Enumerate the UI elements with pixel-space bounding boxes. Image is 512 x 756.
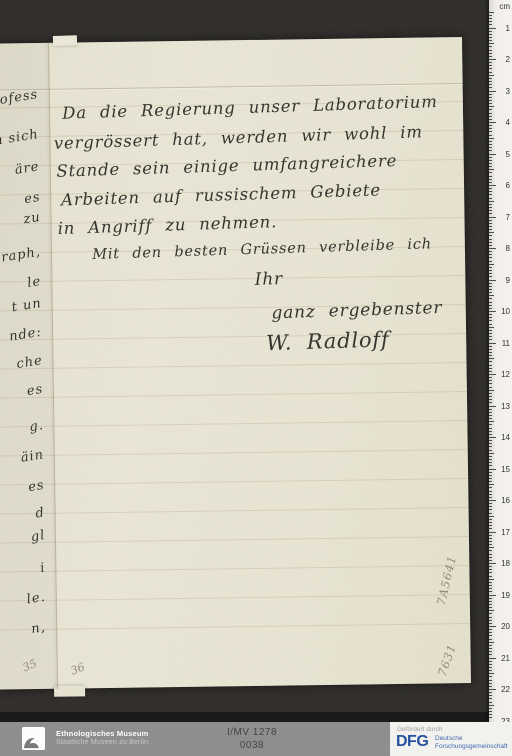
ruler-tick (489, 601, 492, 602)
ruler-tick (489, 409, 492, 410)
scanned-letter-page: Professem sichäreeszugraph,let unnde:che… (0, 37, 471, 690)
ruler-tick (489, 75, 494, 76)
ruler-tick (489, 702, 492, 703)
ruler-number: 2 (506, 55, 510, 64)
ruler-tick (489, 276, 492, 277)
ruler-tick (489, 629, 492, 630)
ruler-tick (489, 563, 496, 564)
ruler-tick (489, 418, 492, 419)
ruler-number: 17 (501, 528, 510, 537)
ruler-tick (489, 541, 492, 542)
ruler-tick (489, 12, 494, 13)
ruler-tick (489, 239, 492, 240)
ruler-tick (489, 242, 492, 243)
ruler-number: 15 (501, 465, 510, 474)
ruler-tick (489, 182, 492, 183)
ruler-tick (489, 87, 492, 88)
ruler-tick (489, 415, 492, 416)
ruler-tick (489, 358, 494, 359)
ruler-tick (489, 519, 492, 520)
ruler-tick (489, 154, 496, 155)
ruler-tick (489, 428, 492, 429)
ruler-tick (489, 506, 492, 507)
ruler-tick (489, 283, 492, 284)
ruler-tick (489, 176, 492, 177)
footer-divider-strip (0, 712, 512, 722)
ruler-tick (489, 569, 492, 570)
ruler-tick (489, 261, 492, 262)
ruler-tick (489, 374, 496, 375)
ruler-tick (489, 576, 492, 577)
museum-name: Ethnologisches Museum (56, 729, 149, 738)
ruler-number: 13 (501, 402, 510, 411)
ruler-tick (489, 339, 492, 340)
ruler-tick (489, 267, 492, 268)
ruler-tick (489, 651, 492, 652)
museum-subtitle: Staatliche Museen zu Berlin (56, 739, 148, 746)
ruler-tick (489, 396, 492, 397)
ruler-tick (489, 632, 492, 633)
ruler-tick (489, 481, 492, 482)
ruler-tick (489, 673, 494, 674)
ruler-tick (489, 194, 492, 195)
ruler-tick (489, 475, 492, 476)
ruler-number: 10 (501, 307, 510, 316)
ruler-tick (489, 538, 492, 539)
ruler-tick (489, 106, 494, 107)
ruler-tick (489, 604, 492, 605)
ruler-tick (489, 91, 496, 92)
ruler-tick (489, 273, 492, 274)
ruler-tick (489, 557, 492, 558)
ruler-tick (489, 141, 492, 142)
ruler-tick (489, 670, 492, 671)
ruler-tick (489, 68, 492, 69)
ruler-tick (489, 248, 496, 249)
ruler-tick (489, 698, 492, 699)
ruler-tick (489, 361, 492, 362)
ruler-tick (489, 131, 492, 132)
ruler-tick (489, 494, 492, 495)
letter-line: ganz ergebenster (271, 298, 442, 323)
ruler-tick (489, 292, 492, 293)
ruler-tick (489, 254, 492, 255)
ruler-tick (489, 213, 492, 214)
ruler-number: 19 (501, 591, 510, 600)
ruler-tick (489, 579, 494, 580)
ruler-tick (489, 135, 492, 136)
ruler-tick (489, 251, 492, 252)
ruler-tick (489, 528, 492, 529)
ruler-tick (489, 31, 492, 32)
ruler-tick (489, 198, 492, 199)
ruler-tick (489, 554, 492, 555)
ruler-tick (489, 18, 492, 19)
ruler-tick (489, 336, 492, 337)
ruler-tick (489, 62, 492, 63)
ruler-tick (489, 81, 492, 82)
ruler-tick (489, 119, 492, 120)
letter-line: W. Radloff (266, 327, 390, 355)
ruler-tick (489, 478, 492, 479)
ruler-tick (489, 683, 492, 684)
ruler-tick (489, 456, 492, 457)
ruler-tick (489, 330, 492, 331)
ruler-tick (489, 232, 494, 233)
ruler-tick (489, 406, 496, 407)
ruler-tick (489, 383, 492, 384)
ruler-tick (489, 147, 492, 148)
ruler-tick (489, 642, 494, 643)
ruler-tick (489, 658, 496, 659)
footer-museum-section: Ethnologisches Museum Staatliche Museen … (0, 722, 390, 756)
ruler-tick (489, 610, 494, 611)
ruler-tick (489, 245, 492, 246)
ruler-number: 3 (506, 87, 510, 96)
ruler-number: 1 (506, 24, 510, 33)
ruler-tick (489, 695, 492, 696)
letter-line: Stande sein einige umfangreichere (56, 151, 397, 181)
dfg-org-name: Deutsche Forschungsgemeinschaft (435, 735, 508, 751)
ruler-number: 11 (502, 339, 510, 348)
ruler-number: 9 (506, 276, 510, 285)
ruler-tick (489, 705, 494, 706)
ruler-tick (489, 160, 492, 161)
ruler-tick (489, 100, 492, 101)
ruler-tick (489, 566, 492, 567)
ruler-tick (489, 465, 492, 466)
ruler-tick (489, 613, 492, 614)
ruler-tick (489, 491, 492, 492)
ruler-tick (489, 390, 494, 391)
ruler-tick (489, 453, 494, 454)
funding-pretext: Gefördert durch (397, 726, 443, 733)
footer-funding-section: Gefördert durch DFG Deutsche Forschungsg… (390, 722, 512, 756)
ruler-number: 21 (501, 654, 510, 663)
ruler-tick (489, 591, 492, 592)
ruler-tick (489, 53, 492, 54)
ruler-tick (489, 371, 492, 372)
ruler-tick (489, 84, 492, 85)
staatliche-museen-logo-icon (22, 727, 45, 750)
ruler-tick (489, 346, 492, 347)
ruler-tick (489, 440, 492, 441)
ruler-tick (489, 37, 492, 38)
ruler-tick (489, 380, 492, 381)
ruler-tick (489, 535, 492, 536)
ruler-tick (489, 220, 492, 221)
ruler-tick (489, 144, 492, 145)
letter-line: Mit den besten Grüssen verbleibe ich (92, 236, 432, 263)
ruler-tick (489, 320, 492, 321)
ruler-tick (489, 560, 492, 561)
letter-line: vergrössert hat, werden wir wohl im (54, 122, 423, 153)
ruler-tick (489, 676, 492, 677)
ruler-number: 12 (501, 370, 510, 379)
ruler-tick (489, 402, 492, 403)
ruler-tick (489, 305, 492, 306)
ruler-tick (489, 446, 492, 447)
ruler-tick (489, 443, 492, 444)
ruler-tick (489, 717, 492, 718)
ruler-tick (489, 59, 496, 60)
ruler-tick (489, 24, 492, 25)
ruler-tick (489, 78, 492, 79)
handwritten-letter-text: Da die Regierung unser Laboratoriumvergr… (0, 35, 473, 691)
ruler-tick (489, 500, 496, 501)
ruler-tick (489, 648, 492, 649)
ruler-tick (489, 393, 492, 394)
ruler-tick (489, 487, 492, 488)
ruler-tick (489, 324, 492, 325)
ruler-number: 20 (501, 622, 510, 631)
ruler-tick (489, 550, 492, 551)
ruler-tick (489, 503, 492, 504)
ruler-tick (489, 654, 492, 655)
ruler-tick (489, 226, 492, 227)
ruler-tick (489, 128, 492, 129)
ruler-number: 18 (501, 559, 510, 568)
ruler-tick (489, 544, 492, 545)
ruler-tick (489, 509, 492, 510)
ruler-tick (489, 692, 492, 693)
ruler-tick (489, 434, 492, 435)
ruler-tick (489, 280, 496, 281)
ruler-tick (489, 349, 492, 350)
ruler-tick (489, 645, 492, 646)
ruler-tick (489, 125, 492, 126)
ruler-tick (489, 472, 492, 473)
ruler-tick (489, 459, 492, 460)
ruler-tick (489, 368, 492, 369)
ruler-tick (489, 46, 492, 47)
ruler-tick (489, 582, 492, 583)
letter-line: Da die Regierung unser Laboratorium (62, 92, 438, 123)
ruler-number: 4 (506, 118, 510, 127)
ruler-tick (489, 387, 492, 388)
ruler-number: 6 (506, 181, 510, 190)
ruler-tick (489, 450, 492, 451)
ruler-tick (489, 532, 496, 533)
ruler-tick (489, 412, 492, 413)
ruler-tick (489, 302, 492, 303)
ruler-tick (489, 166, 492, 167)
ruler-tick (489, 217, 496, 218)
ruler-tick (489, 40, 492, 41)
ruler-tick (489, 352, 492, 353)
ruler-tick (489, 28, 496, 29)
ruler-tick (489, 314, 492, 315)
ruler-tick (489, 639, 492, 640)
ruler-tick (489, 235, 492, 236)
ruler-tick (489, 525, 492, 526)
ruler-tick (489, 365, 492, 366)
ruler-tick (489, 588, 492, 589)
ruler-tick (489, 150, 492, 151)
ruler-tick (489, 317, 492, 318)
archive-reference-signature: I/MV 1278 (227, 726, 277, 739)
ruler-tick (489, 191, 492, 192)
letter-line: Arbeiten auf russischem Gebiete (61, 180, 381, 209)
ruler-tick (489, 43, 494, 44)
ruler-tick (489, 484, 494, 485)
ruler-tick (489, 355, 492, 356)
ruler-tick (489, 207, 492, 208)
ruler-tick (489, 343, 496, 344)
ruler-tick (489, 708, 492, 709)
archive-reference: I/MV 1278 0038 (227, 726, 277, 752)
ruler-tick (489, 623, 492, 624)
ruler-tick (489, 308, 492, 309)
ruler-tick (489, 399, 492, 400)
ruler-tick (489, 289, 492, 290)
ruler-tick (489, 270, 492, 271)
ruler-number: 5 (506, 150, 510, 159)
ruler-tick (489, 172, 492, 173)
ruler-unit-label: cm (499, 2, 510, 11)
ruler-tick (489, 204, 492, 205)
ruler-tick (489, 424, 492, 425)
ruler-tick (489, 522, 492, 523)
ruler-tick (489, 298, 492, 299)
ruler-tick (489, 469, 496, 470)
ruler-tick (489, 21, 492, 22)
ruler-tick (489, 113, 492, 114)
ruler-tick (489, 462, 492, 463)
ruler-tick (489, 50, 492, 51)
ruler-tick (489, 201, 494, 202)
ruler-tick (489, 516, 494, 517)
ruler-number: 7 (506, 213, 510, 222)
ruler-tick (489, 513, 492, 514)
letter-line: in Angriff zu nehmen. (57, 212, 277, 238)
ruler-tick (489, 97, 492, 98)
ruler-tick (489, 56, 492, 57)
letter-line: Ihr (254, 269, 283, 290)
ruler-tick (489, 286, 492, 287)
ruler-tick (489, 122, 496, 123)
ruler-tick (489, 607, 492, 608)
ruler-tick (489, 547, 494, 548)
ruler-tick (489, 437, 496, 438)
ruler-tick (489, 163, 492, 164)
ruler-tick (489, 264, 494, 265)
ruler-tick (489, 664, 492, 665)
ruler-tick (489, 65, 492, 66)
ruler-tick (489, 94, 492, 95)
ruler-tick (489, 257, 492, 258)
ruler-tick (489, 327, 494, 328)
ruler-tick (489, 169, 494, 170)
ruler-tick (489, 72, 492, 73)
ruler-tick (489, 572, 492, 573)
ruler-tick (489, 497, 492, 498)
ruler-tick (489, 109, 492, 110)
ruler-tick (489, 431, 492, 432)
ruler-tick (489, 295, 494, 296)
footer-bar: Ethnologisches Museum Staatliche Museen … (0, 722, 512, 756)
ruler-tick (489, 333, 492, 334)
ruler-tick (489, 188, 492, 189)
ruler-tick (489, 421, 494, 422)
ruler-tick (489, 377, 492, 378)
scan-viewport: Professem sichäreeszugraph,let unnde:che… (0, 0, 512, 756)
ruler-tick (489, 661, 492, 662)
ruler-tick (489, 667, 492, 668)
ruler-tick (489, 229, 492, 230)
ruler-tick (489, 635, 492, 636)
ruler-tick (489, 116, 492, 117)
ruler-number: 8 (506, 244, 510, 253)
ruler-tick (489, 620, 492, 621)
ruler-tick (489, 185, 496, 186)
ruler-tick (489, 138, 494, 139)
ruler-tick (489, 157, 492, 158)
ruler-tick (489, 598, 492, 599)
ruler-tick (489, 714, 492, 715)
archive-reference-sheet: 0038 (227, 739, 277, 752)
ruler-tick (489, 595, 496, 596)
ruler-tick (489, 689, 496, 690)
ruler-tick (489, 103, 492, 104)
cm-ruler: cm 1234567891011121314151617181920212223 (489, 0, 512, 722)
ruler-tick (489, 686, 492, 687)
ruler-tick (489, 680, 492, 681)
dfg-logo: DFG (396, 733, 428, 751)
ruler-number: 22 (501, 685, 510, 694)
ruler-tick (489, 311, 496, 312)
ruler-number: 16 (501, 496, 510, 505)
ruler-tick (489, 585, 492, 586)
ruler-number: 14 (501, 433, 510, 442)
ruler-tick (489, 711, 492, 712)
ruler-tick (489, 223, 492, 224)
ruler-tick (489, 617, 492, 618)
ruler-tick (489, 15, 492, 16)
ruler-tick (489, 210, 492, 211)
ruler-tick (489, 34, 492, 35)
ruler-tick (489, 626, 496, 627)
ruler-tick (489, 179, 492, 180)
